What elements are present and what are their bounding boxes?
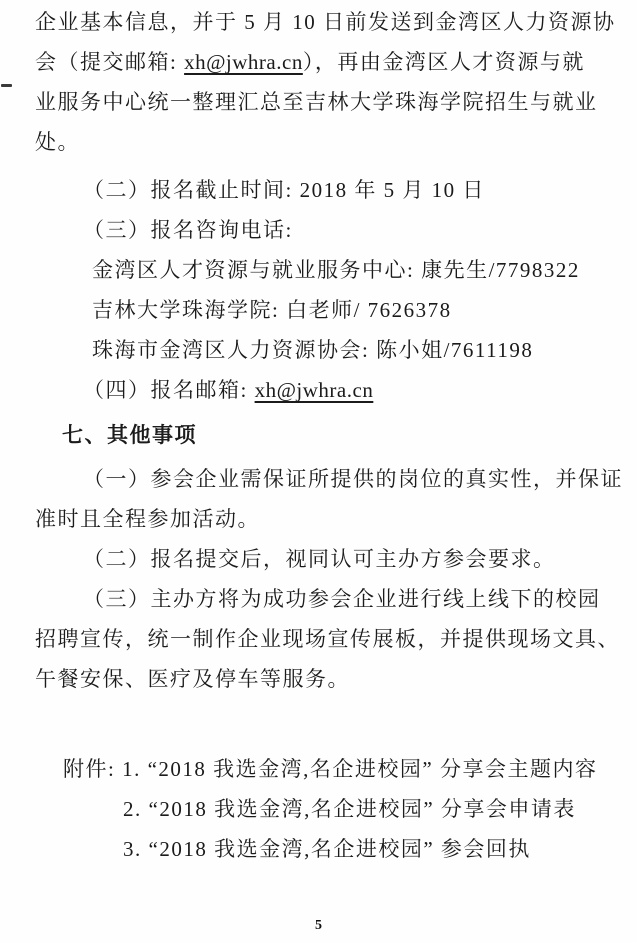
text-line: 业服务中心统一整理汇总至吉林大学珠海学院招生与就业 <box>35 82 620 122</box>
text-segment: （一）参会企业需保证所提供的岗位的真实性，并保证 <box>83 467 623 491</box>
text-segment: 会（提交邮箱: <box>35 50 184 74</box>
text-line: 金湾区人才资源与就业服务中心: 康先生/7798322 <box>35 250 620 290</box>
page-number: 5 <box>0 918 637 934</box>
text-segment: （三）主办方将为成功参会企业进行线上线下的校园 <box>83 587 601 611</box>
text-line: （一）参会企业需保证所提供的岗位的真实性，并保证 <box>35 459 620 499</box>
section-heading: 七、其他事项 <box>35 415 620 455</box>
text-segment: 附件: 1. “2018 我选金湾,名企进校园” 分享会主题内容 <box>63 757 597 781</box>
text-line: 会（提交邮箱: xh@jwhra.cn），再由金湾区人才资源与就 <box>35 42 620 82</box>
email-address: xh@jwhra.cn <box>184 50 303 74</box>
text-line: 准时且全程参加活动。 <box>35 499 620 539</box>
text-segment: 企业基本信息，并于 5 月 10 日前发送到金湾区人力资源协 <box>35 10 616 34</box>
text-line: 吉林大学珠海学院: 白老师/ 7626378 <box>35 290 620 330</box>
text-segment: 处。 <box>35 130 80 154</box>
text-line: （三）主办方将为成功参会企业进行线上线下的校园 <box>35 579 620 619</box>
text-segment: 金湾区人才资源与就业服务中心: 康先生/7798322 <box>92 258 580 282</box>
text-segment: 午餐安保、医疗及停车等服务。 <box>35 667 350 691</box>
text-segment: 2. “2018 我选金湾,名企进校园” 分享会申请表 <box>123 797 576 821</box>
text-line: （四）报名邮箱: xh@jwhra.cn <box>35 370 620 410</box>
text-line: 招聘宣传，统一制作企业现场宣传展板，并提供现场文具、 <box>35 619 620 659</box>
scan-artifact <box>1 84 12 87</box>
text-segment: （三）报名咨询电话: <box>83 218 293 242</box>
text-segment: 招聘宣传，统一制作企业现场宣传展板，并提供现场文具、 <box>35 627 620 651</box>
attachment-line: 附件: 1. “2018 我选金湾,名企进校园” 分享会主题内容 <box>35 749 620 789</box>
text-segment: 业服务中心统一整理汇总至吉林大学珠海学院招生与就业 <box>35 90 598 114</box>
document-body: 企业基本信息，并于 5 月 10 日前发送到金湾区人力资源协会（提交邮箱: xh… <box>35 2 620 869</box>
text-line: （二）报名截止时间: 2018 年 5 月 10 日 <box>35 170 620 210</box>
text-line: 珠海市金湾区人力资源协会: 陈小姐/7611198 <box>35 330 620 370</box>
text-segment: 吉林大学珠海学院: 白老师/ 7626378 <box>92 298 452 322</box>
text-segment: 珠海市金湾区人力资源协会: 陈小姐/7611198 <box>92 338 533 362</box>
text-line: （二）报名提交后，视同认可主办方参会要求。 <box>35 539 620 579</box>
email-address: xh@jwhra.cn <box>255 378 374 402</box>
text-segment: 七、其他事项 <box>62 423 197 447</box>
attachment-line: 3. “2018 我选金湾,名企进校园” 参会回执 <box>35 829 620 869</box>
text-segment: 3. “2018 我选金湾,名企进校园” 参会回执 <box>123 837 531 861</box>
text-segment: 准时且全程参加活动。 <box>35 507 260 531</box>
text-line: 企业基本信息，并于 5 月 10 日前发送到金湾区人力资源协 <box>35 2 620 42</box>
text-segment: （二）报名提交后，视同认可主办方参会要求。 <box>83 547 556 571</box>
text-segment: （四）报名邮箱: <box>83 378 255 402</box>
text-segment: （二）报名截止时间: 2018 年 5 月 10 日 <box>83 178 485 202</box>
text-segment: ），再由金湾区人才资源与就 <box>303 50 585 74</box>
document-page: 企业基本信息，并于 5 月 10 日前发送到金湾区人力资源协会（提交邮箱: xh… <box>0 0 637 943</box>
text-line: （三）报名咨询电话: <box>35 210 620 250</box>
text-line: 午餐安保、医疗及停车等服务。 <box>35 659 620 699</box>
text-line: 处。 <box>35 122 620 162</box>
attachment-line: 2. “2018 我选金湾,名企进校园” 分享会申请表 <box>35 789 620 829</box>
